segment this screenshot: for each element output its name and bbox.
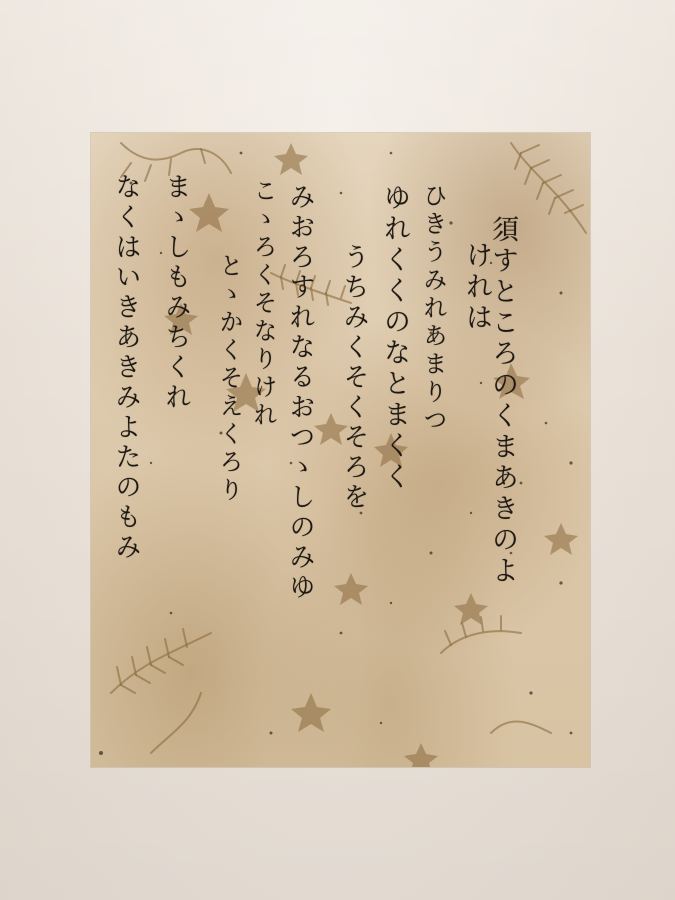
calligraphy-column: こゝろくそなりけれ bbox=[251, 178, 275, 430]
calligraphy-column: なくはいきあきみよたのもみ bbox=[113, 173, 139, 563]
calligraphy-column: まゝしもみちくれ bbox=[163, 173, 189, 413]
calligraphy-column: みおろすれなるおつゝしのみゆ bbox=[287, 183, 313, 603]
calligraphy-column: ゆれくくのなとまくく bbox=[381, 183, 408, 493]
calligraphy-column: 須すところのくまあきのよ bbox=[489, 215, 516, 587]
calligraphy-column: ひきうみれあまりつ bbox=[421, 183, 445, 435]
calligraphy-sheet: 須すところのくまあきのよ けれは ひきうみれあまりつ ゆれくくのなとまくく うち… bbox=[91, 133, 590, 767]
calligraphy-column: うちみくそくそろを bbox=[341, 243, 367, 513]
calligraphy-column: とゝかくそえくろり bbox=[217, 253, 241, 505]
calligraphy-columns: 須すところのくまあきのよ けれは ひきうみれあまりつ ゆれくくのなとまくく うち… bbox=[91, 133, 590, 767]
calligraphy-column: けれは bbox=[463, 241, 490, 334]
